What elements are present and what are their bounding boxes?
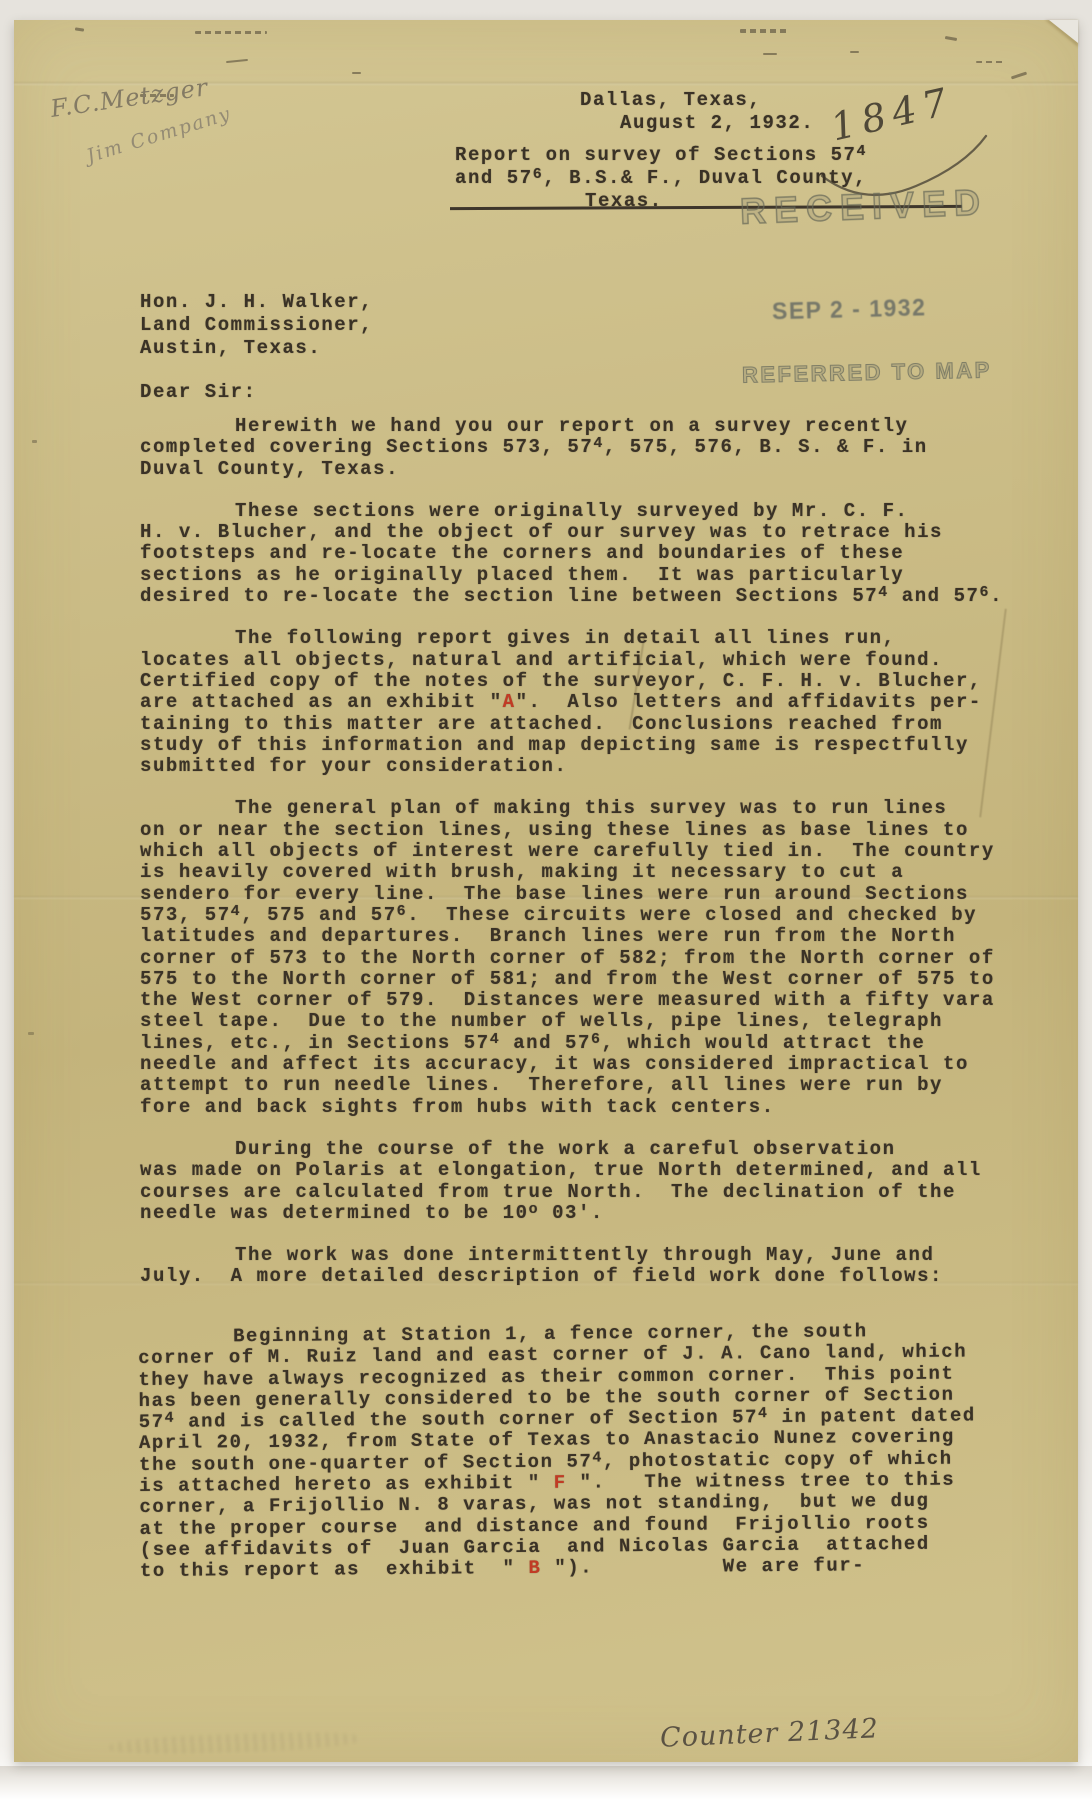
report-title-line: Report on survey of Sections 574 bbox=[455, 144, 867, 167]
typed-line: fore and back sights from hubs with tack… bbox=[140, 1097, 1040, 1118]
typed-line: study of this information and map depict… bbox=[140, 735, 1040, 756]
typed-line: needle was determined to be 10o 03'. bbox=[140, 1203, 1040, 1224]
plastic-sleeve-edge bbox=[0, 1766, 1092, 1800]
letter-body: Herewith we hand you our report on a sur… bbox=[140, 416, 1040, 1582]
paragraph: The general plan of making this survey w… bbox=[140, 798, 1040, 1117]
dateline-place: Dallas, Texas, bbox=[580, 89, 761, 111]
document-page: F.C.Metzger Jim Company 1847 Dallas, Tex… bbox=[14, 20, 1078, 1762]
typed-line: on or near the section lines, using thes… bbox=[140, 820, 1040, 841]
counter-annotation: Counter 21342 bbox=[659, 1713, 879, 1754]
ink-mark bbox=[976, 61, 1006, 63]
recipient-line: Hon. J. H. Walker, bbox=[140, 291, 373, 314]
typed-line: taining to this matter are attached. Con… bbox=[140, 714, 1040, 735]
recipient-address: Hon. J. H. Walker, Land Commissioner, Au… bbox=[140, 291, 373, 360]
ink-mark bbox=[75, 27, 84, 31]
typed-line: is heavily covered with brush, making it… bbox=[140, 862, 1040, 883]
typed-line: corner of 573 to the North corner of 582… bbox=[140, 948, 1040, 969]
typed-line: which all objects of interest were caref… bbox=[140, 841, 1040, 862]
typed-line: Duval County, Texas. bbox=[140, 459, 1040, 480]
recipient-line: Austin, Texas. bbox=[140, 337, 373, 360]
ink-mark bbox=[226, 59, 248, 63]
paragraph: During the course of the work a careful … bbox=[140, 1139, 1040, 1224]
ink-mark bbox=[32, 440, 37, 443]
typed-line: latitudes and departures. Branch lines w… bbox=[140, 926, 1040, 947]
typed-line: needle and affect its accuracy, it was c… bbox=[140, 1054, 1040, 1075]
typed-line: attempt to run needle lines. Therefore, … bbox=[140, 1075, 1040, 1096]
typed-line: These sections were originally surveyed … bbox=[140, 501, 1040, 522]
typed-line: submitted for your consideration. bbox=[140, 756, 1040, 777]
ink-mark bbox=[1011, 72, 1027, 80]
typed-line: desired to re-locate the section line be… bbox=[140, 586, 1040, 607]
typed-line: completed covering Sections 573, 574, 57… bbox=[140, 437, 1040, 458]
typed-line: are attached as an exhibit "A". Also let… bbox=[140, 692, 1040, 713]
salutation: Dear Sir: bbox=[140, 381, 257, 403]
referred-to-map-stamp: REFERRED TO MAP bbox=[742, 357, 992, 388]
typed-line: was made on Polaris at elongation, true … bbox=[140, 1160, 1040, 1181]
ink-mark bbox=[740, 29, 790, 33]
ink-mark bbox=[850, 51, 859, 53]
typed-line: footsteps and re-locate the corners and … bbox=[140, 543, 1040, 564]
typed-line: sections as he originally placed them. I… bbox=[140, 565, 1040, 586]
ink-mark bbox=[28, 1032, 34, 1035]
typed-line: H. v. Blucher, and the object of our sur… bbox=[140, 522, 1040, 543]
ink-mark bbox=[945, 36, 957, 41]
typed-line: 575 to the North corner of 581; and from… bbox=[140, 969, 1040, 990]
ink-mark bbox=[763, 53, 777, 55]
paragraph: Herewith we hand you our report on a sur… bbox=[140, 416, 1040, 480]
typed-line: locates all objects, natural and artific… bbox=[140, 650, 1040, 671]
typed-line: 573, 574, 575 and 576. These circuits we… bbox=[140, 905, 1040, 926]
folded-corner bbox=[1049, 20, 1078, 43]
report-title-line: and 576, B.S.& F., Duval County, bbox=[455, 167, 867, 190]
recipient-line: Land Commissioner, bbox=[140, 314, 373, 337]
paragraph: The work was done intermittently through… bbox=[140, 1245, 1040, 1288]
received-stamp: RECEIVED bbox=[739, 181, 988, 232]
typed-line: The general plan of making this survey w… bbox=[140, 798, 1040, 819]
dateline-date: August 2, 1932. bbox=[620, 112, 814, 134]
typed-line: courses are calculated from true North. … bbox=[140, 1182, 1040, 1203]
paragraph: These sections were originally surveyed … bbox=[140, 501, 1040, 607]
ink-bleedthrough bbox=[110, 1730, 360, 1757]
typed-line: July. A more detailed description of fie… bbox=[140, 1266, 1040, 1287]
typed-line: Herewith we hand you our report on a sur… bbox=[140, 416, 1040, 437]
ink-mark bbox=[195, 31, 267, 34]
paragraph: The following report gives in detail all… bbox=[140, 628, 1040, 777]
ink-mark bbox=[352, 72, 361, 74]
paragraph: Beginning at Station 1, a fence corner, … bbox=[138, 1320, 1040, 1583]
typed-line: Certified copy of the notes of the surve… bbox=[140, 671, 1040, 692]
typed-line: the West corner of 579. Distances were m… bbox=[140, 990, 1040, 1011]
typed-line: During the course of the work a careful … bbox=[140, 1139, 1040, 1160]
date-received-stamp: SEP 2 - 1932 bbox=[772, 293, 927, 325]
typed-line: The following report gives in detail all… bbox=[140, 628, 1040, 649]
typed-line: The work was done intermittently through… bbox=[140, 1245, 1040, 1266]
typed-line: sendero for every line. The base lines w… bbox=[140, 884, 1040, 905]
typed-line: lines, etc., in Sections 574 and 576, wh… bbox=[140, 1033, 1040, 1054]
